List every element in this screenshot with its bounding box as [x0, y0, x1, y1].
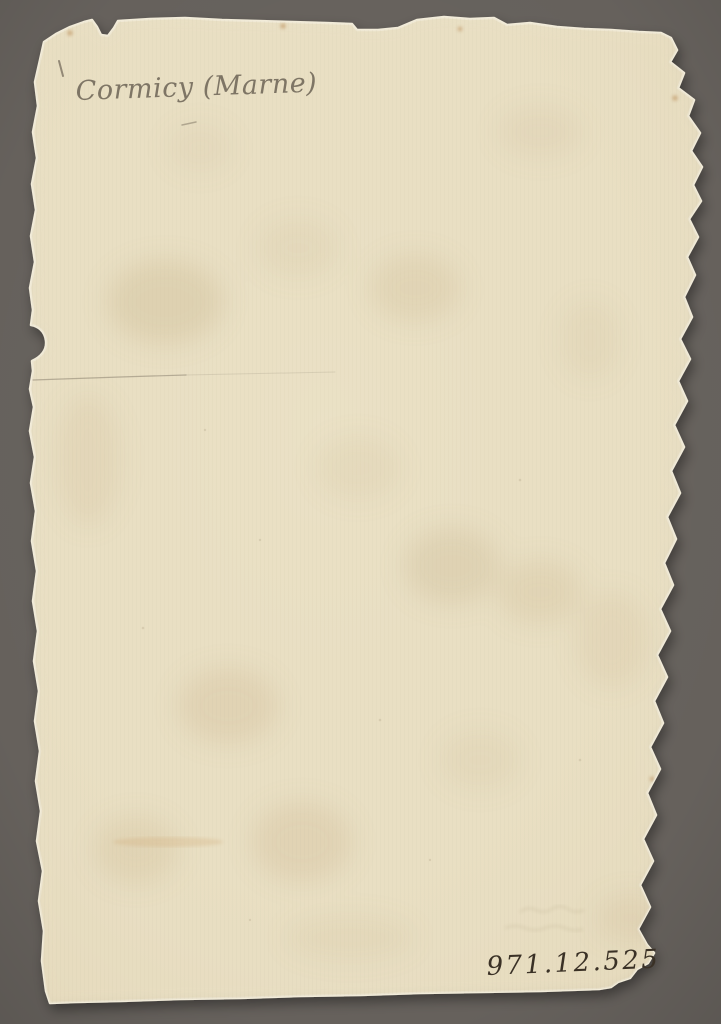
paper-texture — [0, 0, 721, 1024]
stain-streak — [113, 837, 223, 847]
archival-photo-of-paper-sheet: Cormicy (Marne) 971.12.525 — [0, 0, 721, 1024]
scanned-paper-scene: Cormicy (Marne) 971.12.525 — [0, 0, 721, 1024]
